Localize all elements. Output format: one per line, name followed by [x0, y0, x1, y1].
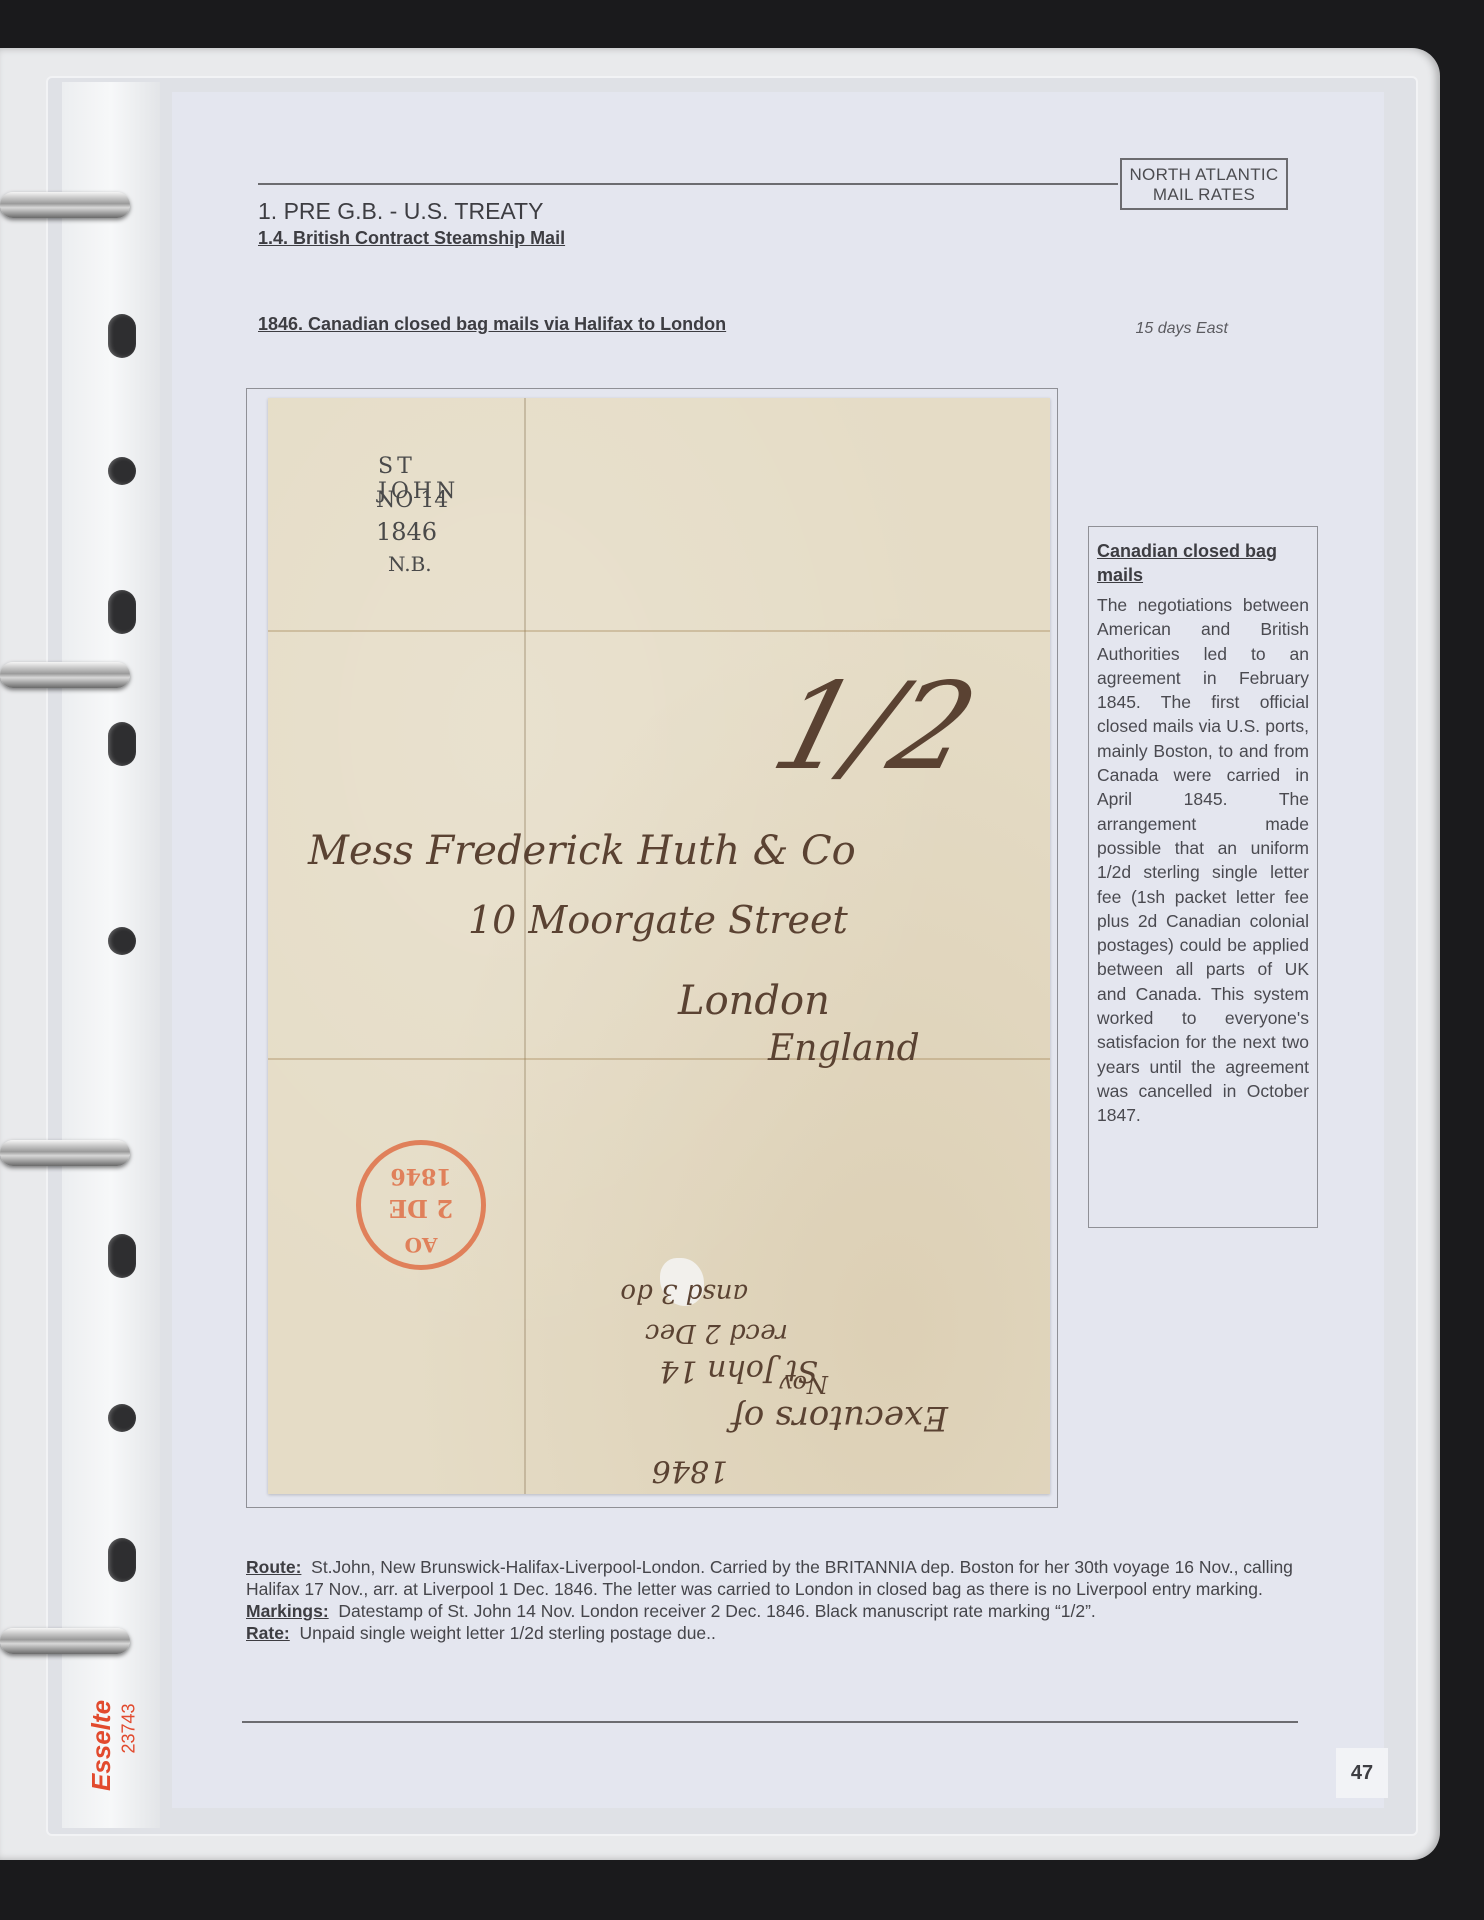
page-number: 47 [1336, 1748, 1388, 1798]
rate-text: Unpaid single weight letter 1/2d sterlin… [300, 1623, 716, 1643]
punch-hole [108, 1234, 136, 1278]
markings-label: Markings: [246, 1601, 329, 1621]
route-text: St.John, New Brunswick-Halifax-Liverpool… [246, 1557, 1293, 1599]
address-line: London [678, 978, 830, 1024]
route-note: Route: St.John, New Brunswick-Halifax-Li… [246, 1556, 1306, 1600]
punch-hole [108, 927, 136, 955]
punch-hole [108, 457, 136, 485]
origin-datestamp: ST JOHN NO 14 1846 N.B. [338, 454, 488, 584]
product-code: 23743 [119, 1703, 140, 1753]
markings-text: Datestamp of St. John 14 Nov. London rec… [338, 1601, 1095, 1621]
category-tag-line2: MAIL RATES [1122, 185, 1286, 205]
london-receiver-datestamp: AO 2 DE 1846 [356, 1140, 486, 1270]
punched-hole-strip [62, 82, 160, 1828]
punch-hole [108, 1538, 136, 1582]
route-label: Route: [246, 1557, 301, 1577]
transit-time: 15 days East [1136, 320, 1229, 338]
punch-hole [108, 590, 136, 634]
address-line: 10 Moorgate Street [468, 898, 848, 942]
fold-line [268, 630, 1050, 632]
binder-ring [0, 1628, 130, 1654]
markings-note: Markings: Datestamp of St. John 14 Nov. … [246, 1600, 1306, 1622]
category-tag: NORTH ATLANTIC MAIL RATES [1120, 158, 1288, 210]
item-title: 1846. Canadian closed bag mails via Hali… [258, 314, 726, 335]
binder-ring [0, 662, 130, 688]
section-title: 1. PRE G.B. - U.S. TREATY [258, 198, 543, 225]
album-page: NORTH ATLANTIC MAIL RATES 1. PRE G.B. - … [172, 92, 1384, 1808]
rate-label: Rate: [246, 1623, 290, 1643]
manuscript-docket: 1846 Executors of St John 14 Nov recd 2 … [508, 1258, 968, 1488]
punch-hole [108, 1404, 136, 1432]
subsection-title: 1.4. British Contract Steamship Mail [258, 228, 565, 249]
header-rule [258, 183, 1118, 185]
punch-hole [108, 314, 136, 358]
rate-note: Rate: Unpaid single weight letter 1/2d s… [246, 1622, 1306, 1644]
category-tag-line1: NORTH ATLANTIC [1122, 165, 1286, 185]
fold-line [268, 1058, 1050, 1060]
description-notes: Route: St.John, New Brunswick-Halifax-Li… [246, 1556, 1306, 1644]
binder-ring [0, 1140, 130, 1166]
punch-hole [108, 722, 136, 766]
sidebar-body: The negotiations between American and Br… [1097, 593, 1309, 1128]
binder-brand-label: Esselte 23743 [76, 1680, 146, 1820]
address-line: England [768, 1028, 920, 1069]
postal-cover-image: ST JOHN NO 14 1846 N.B. AO 2 DE 1846 1/2… [268, 398, 1050, 1494]
address-line: Mess Frederick Huth & Co [308, 828, 856, 874]
sidebar-note: Canadian closed bag mails The negotiatio… [1088, 526, 1318, 1228]
footer-rule [242, 1721, 1298, 1723]
binder-ring [0, 192, 130, 218]
manuscript-rate-marking: 1/2 [759, 658, 989, 797]
sidebar-heading: Canadian closed bag mails [1097, 539, 1309, 587]
brand-name: Esselte [86, 1700, 117, 1791]
